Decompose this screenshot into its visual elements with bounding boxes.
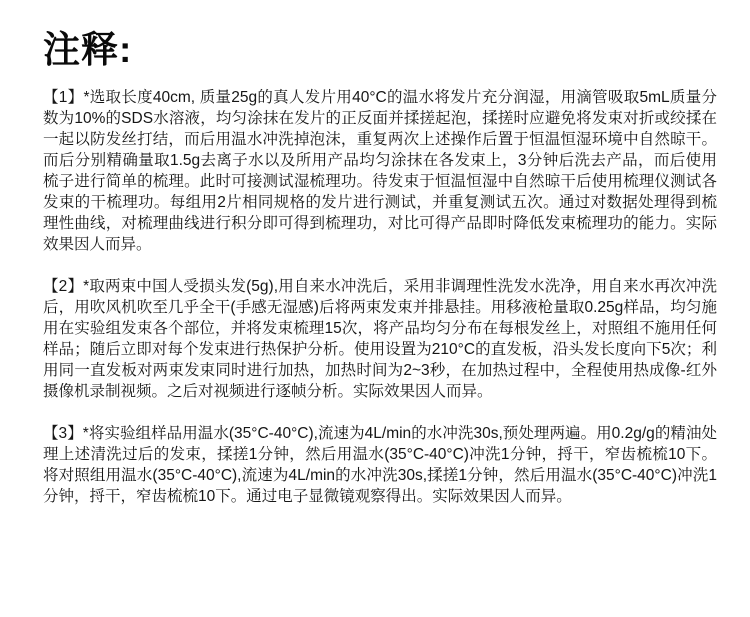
note-label-3: 【3】 [43, 425, 83, 442]
notes-page: 注释: 【1】*选取长度40cm, 质量25g的真人发片用40°C的温水将发片充… [0, 0, 750, 617]
page-title: 注释: [43, 30, 717, 71]
note-label-1: 【1】 [43, 89, 83, 106]
note-paragraph-1: 【1】*选取长度40cm, 质量25g的真人发片用40°C的温水将发片充分润湿，… [43, 87, 717, 255]
notes-list: 【1】*选取长度40cm, 质量25g的真人发片用40°C的温水将发片充分润湿，… [43, 87, 717, 507]
note-text-3: *将实验组样品用温水(35°C-40°C),流速为4L/min的水冲洗30s,预… [43, 425, 717, 505]
note-paragraph-3: 【3】*将实验组样品用温水(35°C-40°C),流速为4L/min的水冲洗30… [43, 423, 717, 507]
note-text-2: *取两束中国人受损头发(5g),用自来水冲洗后，采用非调理性洗发水洗净，用自来水… [43, 278, 717, 400]
note-paragraph-2: 【2】*取两束中国人受损头发(5g),用自来水冲洗后，采用非调理性洗发水洗净，用… [43, 276, 717, 402]
note-label-2: 【2】 [43, 278, 83, 295]
note-text-1: *选取长度40cm, 质量25g的真人发片用40°C的温水将发片充分润湿，用滴管… [43, 89, 717, 253]
